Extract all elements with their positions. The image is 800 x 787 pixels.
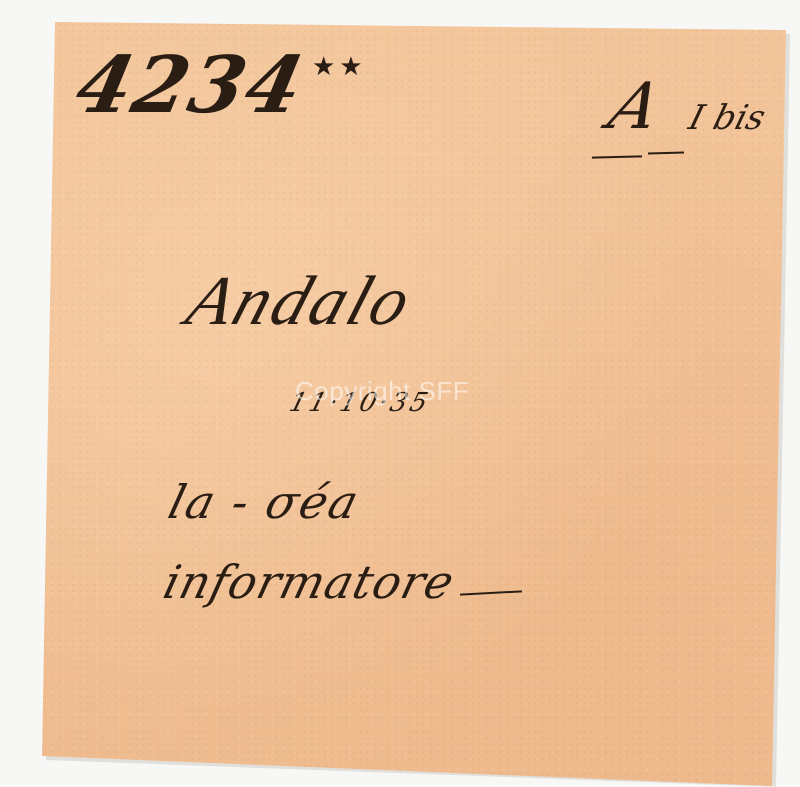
shelf-mark-suffix: I bis	[685, 98, 770, 138]
note-line-1: la - σéa	[163, 475, 365, 529]
document-stage: 4234 ★★ A I bis Andalo 11·10·35 Copyrigh…	[0, 0, 800, 787]
catalog-number: 4234	[68, 40, 312, 131]
stars-icon: ★★	[312, 52, 367, 82]
copyright-watermark: Copyright SFF	[295, 376, 469, 407]
place-name: Andalo	[177, 262, 423, 342]
note-line-2: informatore	[158, 555, 460, 609]
